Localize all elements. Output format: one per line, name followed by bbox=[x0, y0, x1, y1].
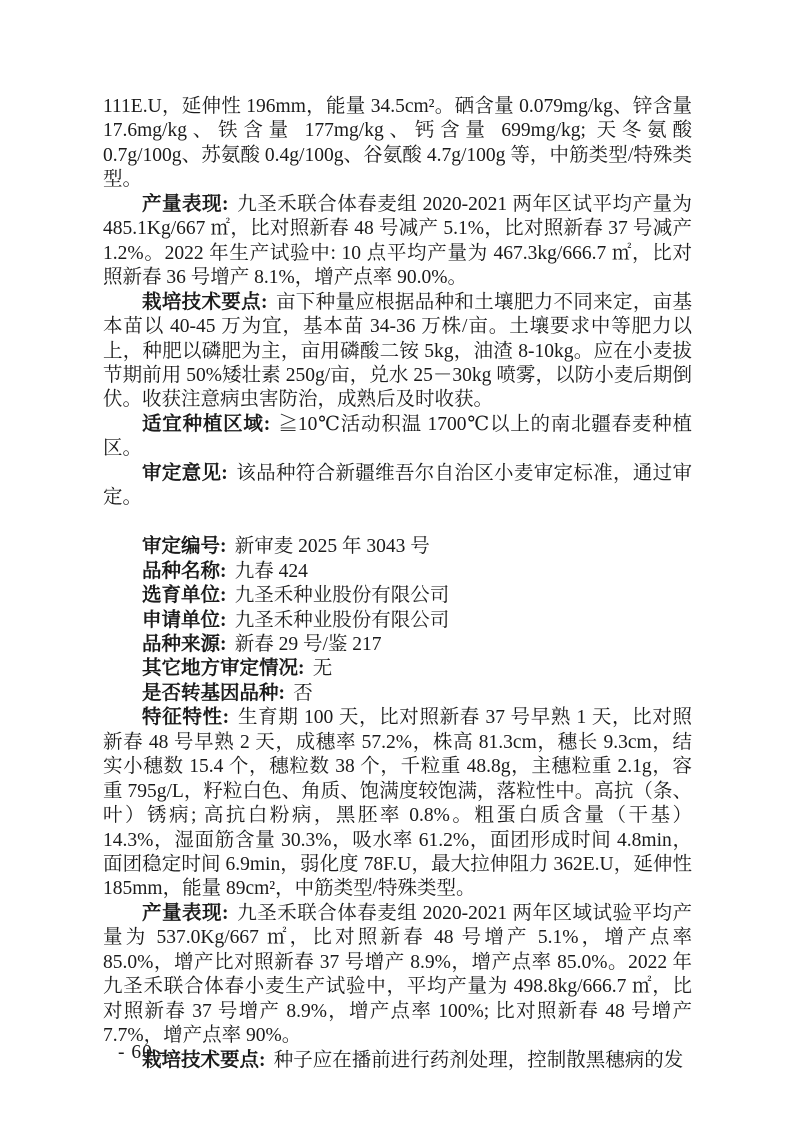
body-text: 111E.U，延伸性 196mm，能量 34.5cm²。硒含量 0.079mg/… bbox=[103, 95, 692, 1073]
field-variety-name: 品种名称:九春 424 bbox=[103, 560, 692, 584]
paragraph-text: 种子应在播前进行药剂处理，控制散黑穗病的发 bbox=[274, 1050, 684, 1071]
document-page: { "page": { "background_color": "#ffffff… bbox=[0, 0, 793, 1122]
field-value: 九春 424 bbox=[235, 561, 308, 582]
paragraph-cultivation-1: 栽培技术要点:亩下种量应根据品种和土壤肥力不同来定，亩基本苗以 40-45 万为… bbox=[103, 291, 692, 413]
field-value: 无 bbox=[313, 658, 333, 679]
paragraph-text: 生育期 100 天，比对照新春 37 号早熟 1 天，比对照新春 48 号早熟 … bbox=[103, 707, 692, 899]
paragraph-yield-1: 产量表现:九圣禾联合体春麦组 2020-2021 两年区试平均产量为 485.1… bbox=[103, 193, 692, 291]
field-value: 九圣禾种业股份有限公司 bbox=[235, 610, 450, 631]
section-label: 申请单位: bbox=[142, 610, 227, 631]
field-applicant-unit: 申请单位:九圣禾种业股份有限公司 bbox=[103, 609, 692, 633]
section-label: 审定意见: bbox=[142, 463, 228, 484]
paragraph-cultivation-2: 栽培技术要点:种子应在播前进行药剂处理，控制散黑穗病的发 bbox=[103, 1049, 692, 1073]
section-label: 选育单位: bbox=[142, 585, 227, 606]
section-label: 特征特性: bbox=[142, 707, 229, 728]
paragraph-approval-opinion: 审定意见:该品种符合新疆维吾尔自治区小麦审定标准，通过审定。 bbox=[103, 462, 692, 511]
section-label: 其它地方审定情况: bbox=[142, 658, 305, 679]
paragraph-text: 111E.U，延伸性 196mm，能量 34.5cm²。硒含量 0.079mg/… bbox=[103, 96, 692, 190]
section-label: 栽培技术要点: bbox=[142, 292, 267, 313]
field-other-approval: 其它地方审定情况:无 bbox=[103, 657, 692, 681]
section-label: 产量表现: bbox=[142, 903, 229, 924]
section-label: 品种来源: bbox=[142, 634, 227, 655]
section-label: 审定编号: bbox=[142, 536, 227, 557]
paragraph-continuation: 111E.U，延伸性 196mm，能量 34.5cm²。硒含量 0.079mg/… bbox=[103, 95, 692, 193]
field-value: 新审麦 2025 年 3043 号 bbox=[235, 536, 430, 557]
page-number: - 60 - bbox=[118, 1042, 166, 1064]
field-variety-source: 品种来源:新春 29 号/鉴 217 bbox=[103, 633, 692, 657]
section-label: 是否转基因品种: bbox=[142, 683, 285, 704]
paragraph-text: 九圣禾联合体春麦组 2020-2021 两年区域试验平均产量为 537.0Kg/… bbox=[103, 903, 692, 1046]
paragraph-yield-2: 产量表现:九圣禾联合体春麦组 2020-2021 两年区域试验平均产量为 537… bbox=[103, 902, 692, 1049]
field-breeding-unit: 选育单位:九圣禾种业股份有限公司 bbox=[103, 584, 692, 608]
paragraph-suitable-region: 适宜种植区域:≧10℃活动积温 1700℃以上的南北疆春麦种植区。 bbox=[103, 413, 692, 462]
section-label: 品种名称: bbox=[142, 561, 227, 582]
section-label: 产量表现: bbox=[142, 194, 229, 215]
field-value: 九圣禾种业股份有限公司 bbox=[235, 585, 450, 606]
field-value: 否 bbox=[293, 683, 313, 704]
field-value: 新春 29 号/鉴 217 bbox=[235, 634, 382, 655]
paragraph-characteristics: 特征特性:生育期 100 天，比对照新春 37 号早熟 1 天，比对照新春 48… bbox=[103, 706, 692, 902]
blank-line bbox=[103, 511, 692, 535]
section-label: 适宜种植区域: bbox=[142, 414, 270, 435]
field-gmo-status: 是否转基因品种:否 bbox=[103, 682, 692, 706]
field-approval-number: 审定编号:新审麦 2025 年 3043 号 bbox=[103, 535, 692, 559]
